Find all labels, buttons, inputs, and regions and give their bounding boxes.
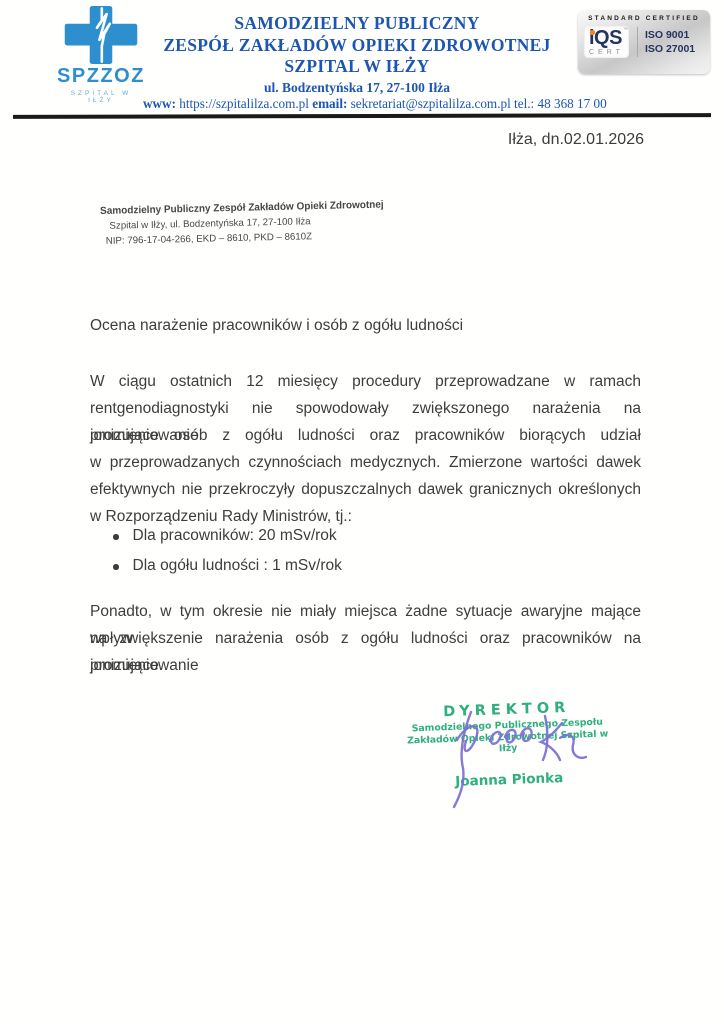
logo-acronym: SPZZOZ (56, 65, 146, 88)
dose-limit-public: Dla ogółu ludności : 1 mSv/rok (133, 557, 342, 575)
badge-top-label: STANDARD CERTIFIED (584, 15, 704, 22)
list-item: Dla pracowników: 20 mSv/rok (113, 527, 342, 549)
email-address: sekretariat@szpitalilza.com.pl (347, 96, 514, 111)
hospital-logo: SPZZOZ SZPITAL W IŁŻY (56, 6, 146, 104)
iso-9001-label: ISO 9001 (645, 28, 695, 42)
bullet-dot (113, 534, 119, 540)
iqs-logo-dot (590, 30, 595, 35)
email-label: email: (312, 96, 347, 111)
paragraph1-line: w Rozporządzeniu Rady Ministrów, tj.: (90, 503, 641, 530)
org-contact-line: www: https://szpitalilza.com.pl email: s… (143, 96, 571, 112)
paragraph1-line: w przeprowadzanych czynnościach medyczny… (90, 449, 641, 476)
www-url: https://szpitalilza.com.pl (176, 96, 312, 111)
letterhead-title-block: SAMODZIELNY PUBLICZNY ZESPÓŁ ZAKŁADÓW OP… (143, 13, 571, 112)
letter-date: Iłża, dn.02.01.2026 (508, 131, 644, 149)
phone-number: tel.: 48 368 17 00 (514, 96, 607, 111)
dose-limit-list: Dla pracowników: 20 mSv/rok Dla ogółu lu… (113, 527, 342, 587)
paragraph1-line: jonizujące osób z ogółu ludności oraz pr… (90, 422, 641, 449)
org-address: ul. Bodzentyńska 17, 27-100 Iłża (143, 79, 571, 96)
trademark-mark: ™ (623, 27, 628, 33)
list-item: Dla ogółu ludności : 1 mSv/rok (113, 557, 342, 579)
org-name-line-2: ZESPÓŁ ZAKŁADÓW OPIEKI ZDROWOTNEJ (143, 35, 571, 57)
sender-address-stamp: Samodzielny Publiczny Zespół Zakładów Op… (100, 199, 393, 247)
medical-cross-ecg-icon (64, 6, 138, 64)
org-name-line-1: SAMODZIELNY PUBLICZNY (143, 13, 571, 35)
signatory-name: Joanna Pionka (405, 768, 613, 791)
stamp-address: Szpital w Iłży, ul. Bodzentyńska 17, 27-… (109, 214, 393, 231)
paragraph1-line: efektywnych nie przekroczyły dopuszczaln… (90, 476, 641, 503)
stamp-registry-numbers: NIP: 796-17-04-266, EKD – 8610, PKD – 86… (106, 229, 394, 247)
paragraph1-line: W ciągu ostatnich 12 miesięcy procedury … (90, 368, 641, 395)
letter-page: SPZZOZ SZPITAL W IŁŻY SAMODZIELNY PUBLIC… (0, 0, 724, 1024)
iso-27001-label: ISO 27001 (645, 42, 695, 56)
www-label: www: (143, 96, 176, 111)
iqs-cert-label: CERT (589, 49, 624, 57)
iqs-cert-logo: iQS ™ CERT (584, 26, 629, 58)
stamp-org-name: Samodzielny Publiczny Zespół Zakładów Op… (100, 200, 384, 217)
director-signature-stamp: DYREKTOR Samodzielnego Publicznego Zespo… (403, 698, 614, 791)
paragraph-no-incidents: Ponadto, w tym okresie nie miały miejsca… (90, 598, 641, 679)
letter-subject: Ocena narażenie pracowników i osób z ogó… (90, 317, 463, 335)
paragraph1-line: rentgenodiagnostyki nie spowodowały zwię… (90, 395, 641, 422)
iso-certification-badge: STANDARD CERTIFIED iQS ™ CERT ISO 9001 I… (578, 10, 710, 74)
badge-divider (637, 27, 638, 57)
paragraph2-line: na zwiększenie narażenia osób z ogółu lu… (90, 625, 641, 652)
paragraph2-line: Ponadto, w tym okresie nie miały miejsca… (90, 598, 641, 625)
org-name-line-3: SZPITAL W IŁŻY (143, 56, 571, 78)
logo-subtitle: SZPITAL W IŁŻY (56, 90, 146, 104)
header-divider-rule (13, 113, 711, 118)
paragraph-exposure-assessment: W ciągu ostatnich 12 miesięcy procedury … (90, 368, 641, 530)
dose-limit-workers: Dla pracowników: 20 mSv/rok (133, 527, 337, 545)
bullet-dot (113, 564, 119, 570)
